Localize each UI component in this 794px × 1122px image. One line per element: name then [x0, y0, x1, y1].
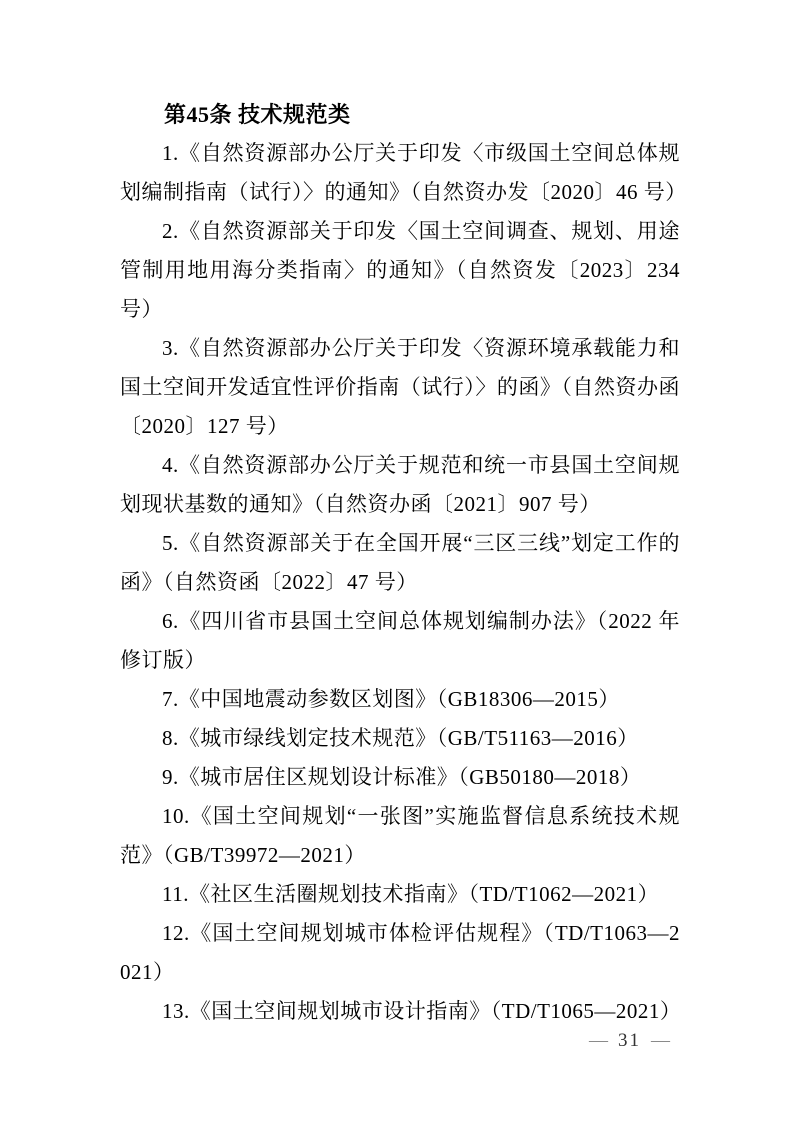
list-item: 4.《自然资源部办公厅关于规范和统一市县国土空间规划现状基数的通知》（自然资办函…	[120, 446, 680, 524]
list-item: 11.《社区生活圈规划技术指南》（TD/T1062—2021）	[120, 875, 680, 914]
list-item: 12.《国土空间规划城市体检评估规程》（TD/T1063—2021）	[120, 914, 680, 992]
page-footer: —31—	[579, 1030, 680, 1052]
list-item: 2.《自然资源部关于印发〈国土空间调查、规划、用途管制用地用海分类指南〉的通知》…	[120, 212, 680, 329]
list-item: 8.《城市绿线划定技术规范》（GB/T51163—2016）	[120, 719, 680, 758]
list-item: 13.《国土空间规划城市设计指南》（TD/T1065—2021）	[120, 992, 680, 1031]
list-item: 3.《自然资源部办公厅关于印发〈资源环境承载能力和国土空间开发适宜性评价指南（试…	[120, 329, 680, 446]
list-item: 7.《中国地震动参数区划图》（GB18306—2015）	[120, 680, 680, 719]
list-item: 5.《自然资源部关于在全国开展“三区三线”划定工作的函》（自然资函〔2022〕4…	[120, 524, 680, 602]
footer-dash-left: —	[579, 1030, 618, 1051]
document-page: 第45条 技术规范类 1.《自然资源部办公厅关于印发〈市级国土空间总体规划编制指…	[0, 0, 794, 1122]
footer-dash-right: —	[641, 1030, 680, 1051]
regulation-list: 1.《自然资源部办公厅关于印发〈市级国土空间总体规划编制指南（试行）〉的通知》（…	[120, 134, 680, 1031]
page-number: 31	[618, 1030, 641, 1051]
list-item: 10.《国土空间规划“一张图”实施监督信息系统技术规范》（GB/T39972—2…	[120, 797, 680, 875]
list-item: 1.《自然资源部办公厅关于印发〈市级国土空间总体规划编制指南（试行）〉的通知》（…	[120, 134, 680, 212]
section-heading: 第45条 技术规范类	[120, 95, 680, 134]
list-item: 6.《四川省市县国土空间总体规划编制办法》（2022 年修订版）	[120, 602, 680, 680]
list-item: 9.《城市居住区规划设计标准》（GB50180—2018）	[120, 758, 680, 797]
